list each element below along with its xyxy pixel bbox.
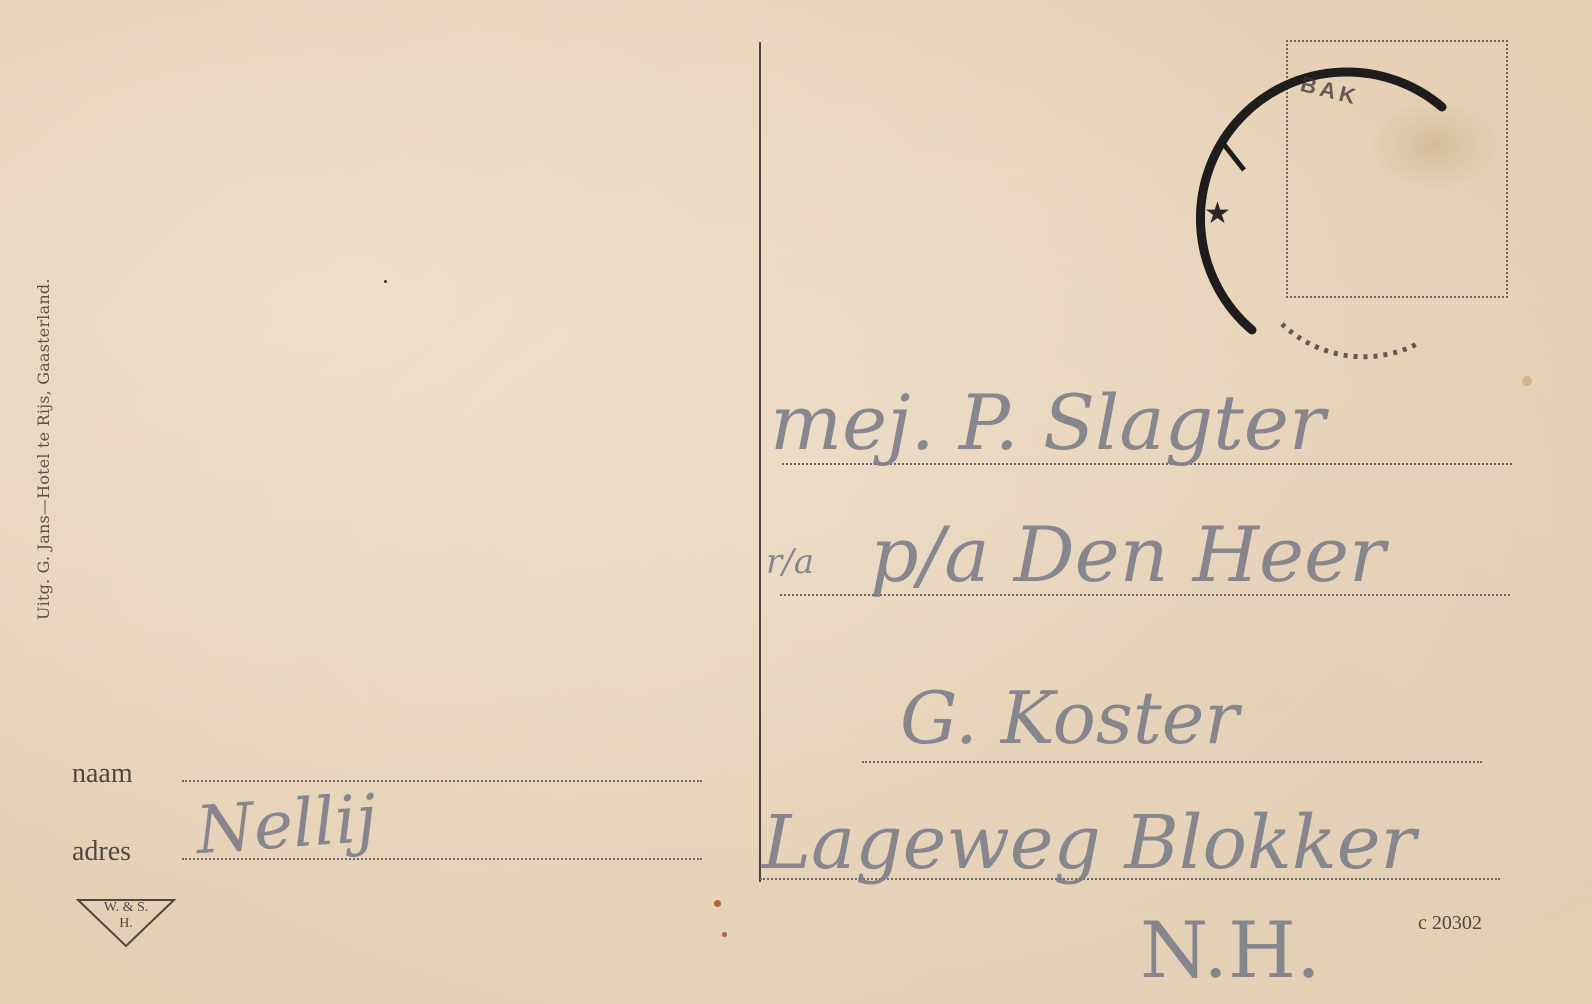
rust-speck — [722, 932, 727, 937]
rust-speck — [714, 900, 721, 907]
stain-speck — [1522, 376, 1532, 386]
postcard-back: Uitg. G. Jans—Hotel te Rijs, Gaasterland… — [0, 0, 1592, 1004]
recipient-line-2: p/a Den Heer — [870, 510, 1385, 599]
recipient-line-5: N.H. — [1140, 906, 1321, 996]
printer-logo: W. & S. H. — [76, 898, 176, 948]
sender-address-label: adres — [72, 836, 131, 868]
recipient-line-3: G. Koster — [900, 676, 1239, 760]
ink-speck — [384, 280, 387, 283]
recipient-line-4: Lageweg Blokker — [762, 800, 1416, 886]
recipient-line-1: mej. P. Slagter — [770, 378, 1325, 467]
address-line-3 — [862, 761, 1482, 763]
center-divider — [759, 42, 761, 882]
sender-name-line — [182, 780, 702, 782]
publisher-line: Uitg. G. Jans—Hotel te Rijs, Gaasterland… — [34, 278, 53, 620]
sender-address-handwriting: Nellij — [194, 780, 380, 869]
printer-logo-line2: H. — [76, 916, 176, 932]
serial-number: c 20302 — [1418, 912, 1482, 935]
printer-logo-line1: W. & S. — [76, 900, 176, 916]
care-of-prefix: r/a — [766, 542, 814, 582]
sender-name-label: naam — [72, 758, 133, 790]
postmark-star-icon: ★ — [1204, 196, 1231, 231]
